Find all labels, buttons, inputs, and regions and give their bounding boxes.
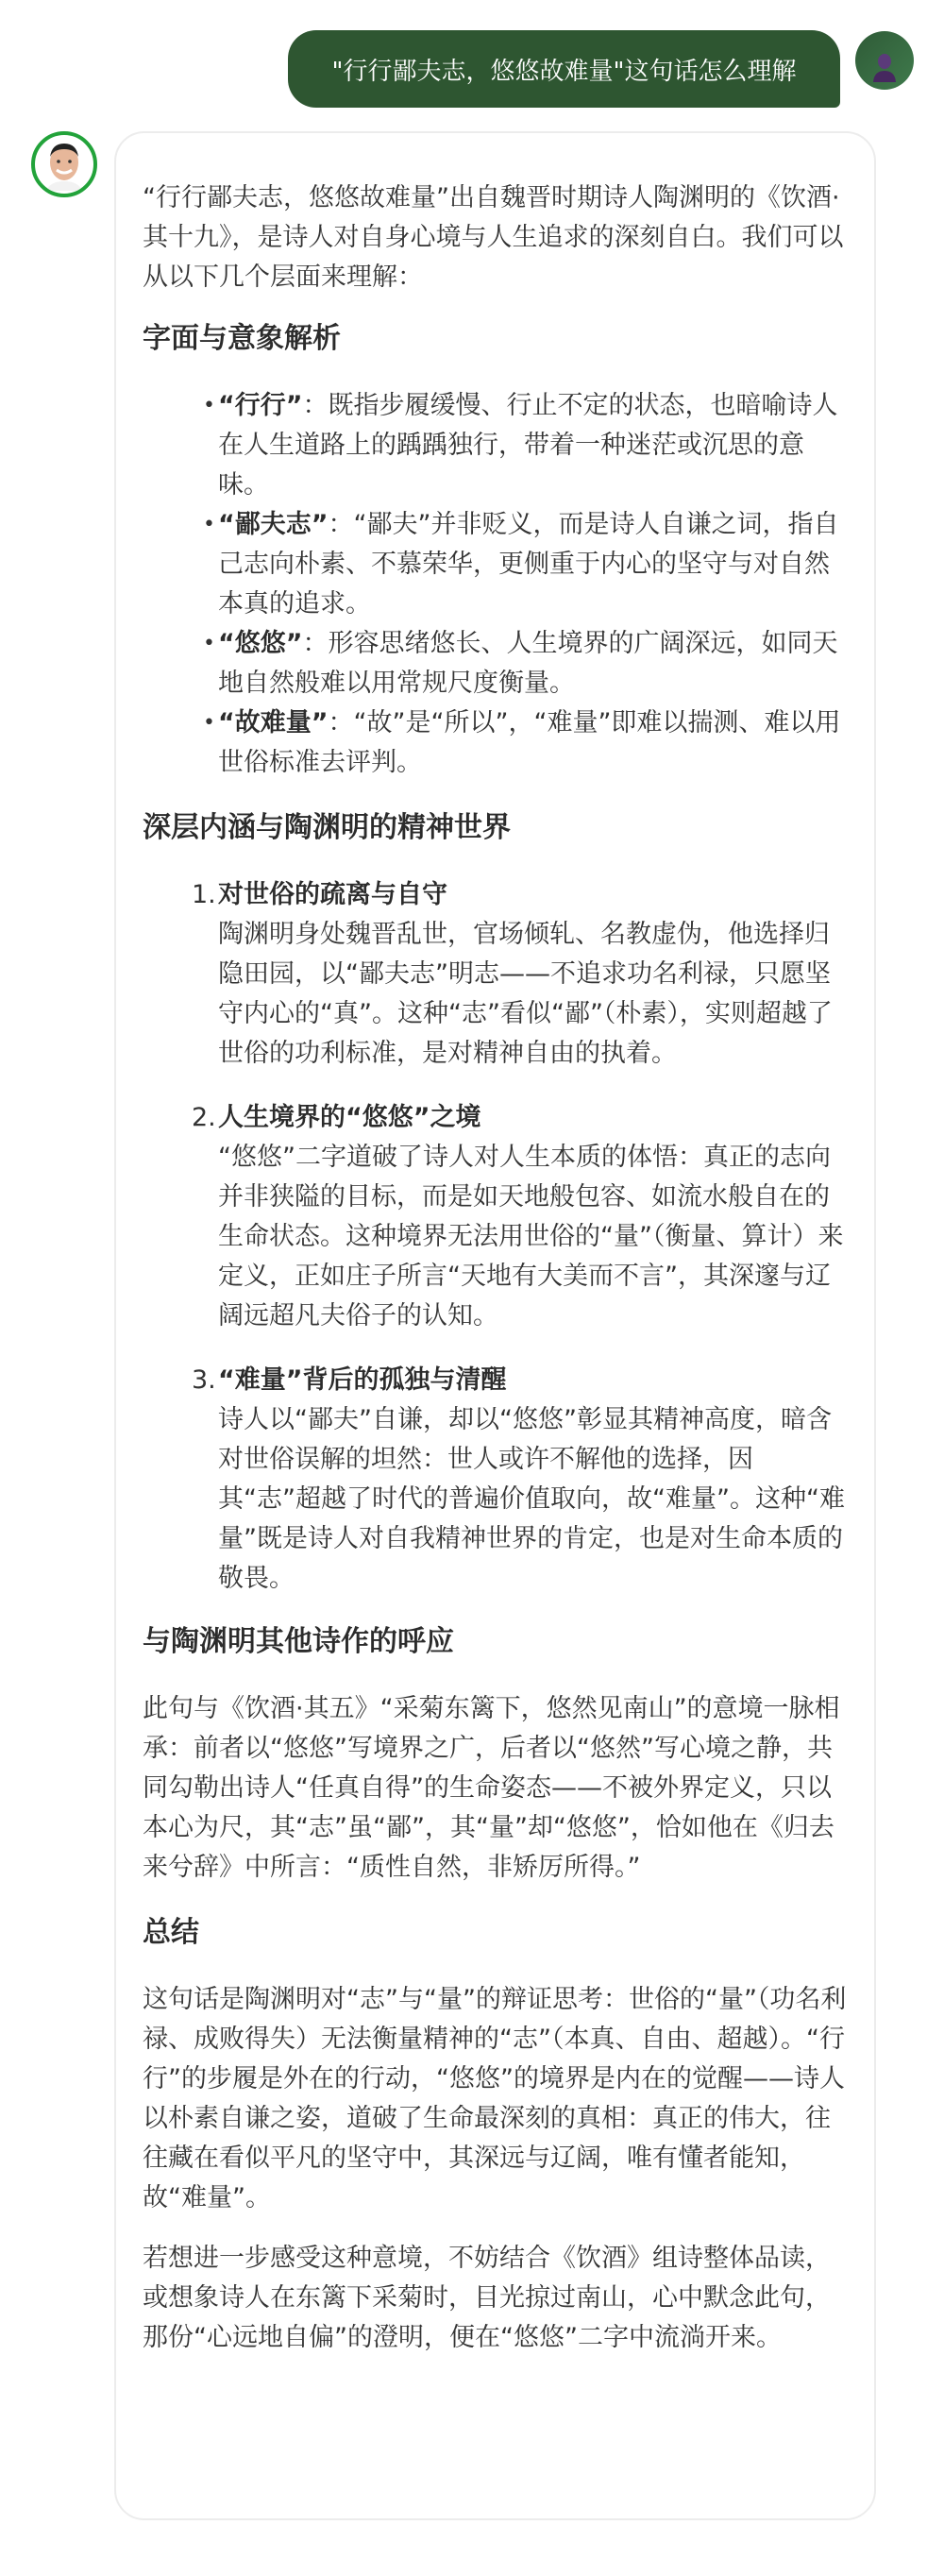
bullet-term: “行行” <box>218 391 303 420</box>
bullet-text: ：既指步履缓慢、行止不定的状态，也暗喻诗人在人生道路上的踽踽独行，带着一种迷茫或… <box>218 391 838 500</box>
bullet-term: “悠悠” <box>218 629 303 658</box>
numbered-item: 2. 人生境界的“悠悠”之境 “悠悠”二字道破了诗人对人生本质的体悟：真正的志向… <box>218 1098 848 1336</box>
bullet-dot-icon: • <box>203 624 215 664</box>
numbered-item: 1. 对世俗的疏离与自守 陶渊明身处魏晋乱世，官场倾轧、名教虚伪，他选择归隐田园… <box>218 875 848 1074</box>
bullet-dot-icon: • <box>203 505 215 545</box>
assistant-avatar[interactable] <box>31 131 97 197</box>
item-number: 1. <box>192 875 216 915</box>
bullet-item: •“行行”：既指步履缓慢、行止不定的状态，也暗喻诗人在人生道路上的踽踽独行，带着… <box>218 386 848 505</box>
numbered-item: 3. “难量”背后的孤独与清醒 诗人以“鄙夫”自谦，却以“悠悠”彰显其精神高度，… <box>218 1361 848 1599</box>
user-message-bubble: "行行鄙夫志，悠悠故难量"这句话怎么理解 <box>288 30 840 108</box>
item-body: “悠悠”二字道破了诗人对人生本质的体悟：真正的志向并非狭隘的目标，而是如天地般包… <box>218 1138 848 1336</box>
numbered-list: 1. 对世俗的疏离与自守 陶渊明身处魏晋乱世，官场倾轧、名教虚伪，他选择归隐田园… <box>143 875 848 1599</box>
bullet-text: ：形容思绪悠长、人生境界的广阔深远，如同天地自然般难以用常规尺度衡量。 <box>218 629 838 698</box>
intro-paragraph: “行行鄙夫志，悠悠故难量”出自魏晋时期诗人陶渊明的《饮酒·其十九》，是诗人对自身… <box>143 178 848 297</box>
assistant-answer-card: “行行鄙夫志，悠悠故难量”出自魏晋时期诗人陶渊明的《饮酒·其十九》，是诗人对自身… <box>114 131 876 2520</box>
bullet-dot-icon: • <box>203 386 215 426</box>
body-paragraph: 此句与《饮酒·其五》“采菊东篱下，悠然见南山”的意境一脉相承：前者以“悠悠”写境… <box>143 1689 848 1888</box>
item-number: 3. <box>192 1361 216 1400</box>
item-number: 2. <box>192 1098 216 1138</box>
body-paragraph: 若想进一步感受这种意境，不妨结合《饮酒》组诗整体品读，或想象诗人在东篱下采菊时，… <box>143 2239 848 2358</box>
body-paragraph: 这句话是陶渊明对“志”与“量”的辩证思考：世俗的“量”（功名利禄、成败得失）无法… <box>143 1980 848 2218</box>
bullet-item: •“悠悠”：形容思绪悠长、人生境界的广阔深远，如同天地自然般难以用常规尺度衡量。 <box>218 624 848 703</box>
user-silhouette-icon <box>870 48 899 90</box>
section-heading: 与陶渊明其他诗作的呼应 <box>143 1623 848 1661</box>
user-message-text: "行行鄙夫志，悠悠故难量"这句话怎么理解 <box>332 52 797 87</box>
user-avatar[interactable] <box>855 31 914 90</box>
section-heading: 深层内涵与陶渊明的精神世界 <box>143 809 848 847</box>
assistant-portrait-icon <box>41 138 88 191</box>
answer-content: “行行鄙夫志，悠悠故难量”出自魏晋时期诗人陶渊明的《饮酒·其十九》，是诗人对自身… <box>143 178 848 2358</box>
item-title: 人生境界的“悠悠”之境 <box>218 1098 848 1138</box>
item-body: 陶渊明身处魏晋乱世，官场倾轧、名教虚伪，他选择归隐田园，以“鄙夫志”明志——不追… <box>218 915 848 1074</box>
chat-page: "行行鄙夫志，悠悠故难量"这句话怎么理解 “行行鄙夫志，悠悠故难量”出自魏晋时期… <box>0 0 944 2576</box>
section-heading: 总结 <box>143 1914 848 1952</box>
item-title: 对世俗的疏离与自守 <box>218 875 848 915</box>
bullet-term: “故难量” <box>218 708 329 737</box>
bullet-list: •“行行”：既指步履缓慢、行止不定的状态，也暗喻诗人在人生道路上的踽踽独行，带着… <box>143 386 848 783</box>
item-title: “难量”背后的孤独与清醒 <box>218 1361 848 1400</box>
bullet-item: •“故难量”：“故”是“所以”，“难量”即难以揣测、难以用世俗标准去评判。 <box>218 703 848 783</box>
item-body: 诗人以“鄙夫”自谦，却以“悠悠”彰显其精神高度，暗含对世俗误解的坦然：世人或许不… <box>218 1400 848 1599</box>
bullet-term: “鄙夫志” <box>218 510 329 539</box>
bullet-item: •“鄙夫志”：“鄙夫”并非贬义，而是诗人自谦之词，指自己志向朴素、不慕荣华，更侧… <box>218 505 848 624</box>
section-heading: 字面与意象解析 <box>143 320 848 358</box>
bullet-dot-icon: • <box>203 703 215 743</box>
